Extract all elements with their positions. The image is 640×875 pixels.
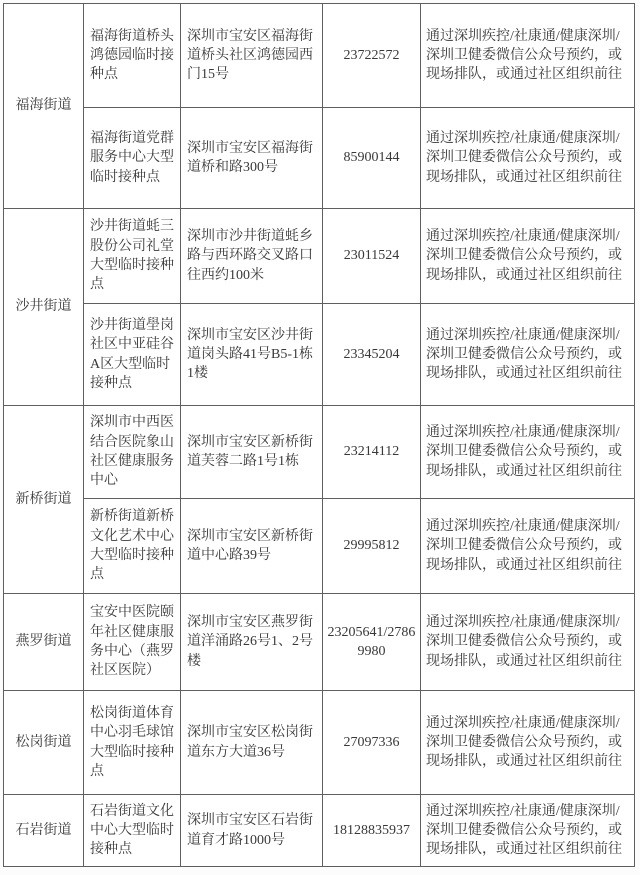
booking-method-cell: 通过深圳疾控/社康通/健康深圳/深圳卫健委微信公众号预约，或现场排队，或通过社区… [421,499,635,594]
address-cell: 深圳市宝安区石岩街道育才路1000号 [181,795,323,867]
site-name-cell: 松岗街道体育中心羽毛球馆大型临时接种点 [84,691,181,795]
booking-method-cell: 通过深圳疾控/社康通/健康深圳/深圳卫健委微信公众号预约，或现场排队，或通过社区… [421,406,635,499]
phone-cell: 23214112 [323,406,421,499]
phone-cell: 23011524 [323,209,421,304]
phone-cell: 29995812 [323,499,421,594]
phone-cell: 18128835937 [323,795,421,867]
street-name-cell: 沙井街道 [4,209,84,406]
site-name-cell: 福海街道党群服务中心大型临时接种点 [84,108,181,209]
address-cell: 深圳市宝安区沙井街道岗头路41号B5-1栋1楼 [181,304,323,406]
booking-method-cell: 通过深圳疾控/社康通/健康深圳/深圳卫健委微信公众号预约，或现场排队，或通过社区… [421,691,635,795]
street-name-cell: 松岗街道 [4,691,84,795]
phone-cell: 23722572 [323,4,421,108]
vaccination-sites-page: 福海街道 福海街道桥头鸿德园临时接种点 深圳市宝安区福海街道桥头社区鸿德园西门1… [0,0,640,875]
site-name-cell: 福海街道桥头鸿德园临时接种点 [84,4,181,108]
booking-method-cell: 通过深圳疾控/社康通/健康深圳/深圳卫健委微信公众号预约，或现场排队，或通过社区… [421,795,635,867]
vaccination-sites-table: 福海街道 福海街道桥头鸿德园临时接种点 深圳市宝安区福海街道桥头社区鸿德园西门1… [3,3,635,867]
booking-method-cell: 通过深圳疾控/社康通/健康深圳/深圳卫健委微信公众号预约，或现场排队，或通过社区… [421,594,635,691]
phone-cell: 23205641/27869980 [323,594,421,691]
booking-method-cell: 通过深圳疾控/社康通/健康深圳/深圳卫健委微信公众号预约，或现场排队，或通过社区… [421,209,635,304]
address-cell: 深圳市宝安区燕罗街道洋涌路26号1、2号楼 [181,594,323,691]
street-name-cell: 新桥街道 [4,406,84,594]
phone-cell: 23345204 [323,304,421,406]
phone-cell: 85900144 [323,108,421,209]
table-row: 石岩街道 石岩街道文化中心大型临时接种点 深圳市宝安区石岩街道育才路1000号 … [4,795,635,867]
address-cell: 深圳市宝安区福海街道桥头社区鸿德园西门15号 [181,4,323,108]
table-row: 新桥街道新桥文化艺术中心大型临时接种点 深圳市宝安区新桥街道中心路39号 299… [4,499,635,594]
table-row: 燕罗街道 宝安中医院颐年社区健康服务中心（燕罗社区医院） 深圳市宝安区燕罗街道洋… [4,594,635,691]
site-name-cell: 宝安中医院颐年社区健康服务中心（燕罗社区医院） [84,594,181,691]
address-cell: 深圳市沙井街道蚝乡路与西环路交叉路口往西约100米 [181,209,323,304]
booking-method-cell: 通过深圳疾控/社康通/健康深圳/深圳卫健委微信公众号预约，或现场排队，或通过社区… [421,108,635,209]
table-row: 松岗街道 松岗街道体育中心羽毛球馆大型临时接种点 深圳市宝安区松岗街道东方大道3… [4,691,635,795]
address-cell: 深圳市宝安区松岗街道东方大道36号 [181,691,323,795]
table-row: 福海街道党群服务中心大型临时接种点 深圳市宝安区福海街道桥和路300号 8590… [4,108,635,209]
table-row: 沙井街道壆岗社区中亚硅谷A区大型临时接种点 深圳市宝安区沙井街道岗头路41号B5… [4,304,635,406]
site-name-cell: 新桥街道新桥文化艺术中心大型临时接种点 [84,499,181,594]
table-row: 福海街道 福海街道桥头鸿德园临时接种点 深圳市宝安区福海街道桥头社区鸿德园西门1… [4,4,635,108]
site-name-cell: 沙井街道蚝三股份公司礼堂大型临时接种点 [84,209,181,304]
address-cell: 深圳市宝安区福海街道桥和路300号 [181,108,323,209]
booking-method-cell: 通过深圳疾控/社康通/健康深圳/深圳卫健委微信公众号预约，或现场排队，或通过社区… [421,304,635,406]
street-name-cell: 燕罗街道 [4,594,84,691]
address-cell: 深圳市宝安区新桥街道芙蓉二路1号1栋 [181,406,323,499]
address-cell: 深圳市宝安区新桥街道中心路39号 [181,499,323,594]
street-name-cell: 石岩街道 [4,795,84,867]
table-row: 新桥街道 深圳市中西医结合医院象山社区健康服务中心 深圳市宝安区新桥街道芙蓉二路… [4,406,635,499]
phone-cell: 27097336 [323,691,421,795]
site-name-cell: 石岩街道文化中心大型临时接种点 [84,795,181,867]
table-row: 沙井街道 沙井街道蚝三股份公司礼堂大型临时接种点 深圳市沙井街道蚝乡路与西环路交… [4,209,635,304]
site-name-cell: 沙井街道壆岗社区中亚硅谷A区大型临时接种点 [84,304,181,406]
booking-method-cell: 通过深圳疾控/社康通/健康深圳/深圳卫健委微信公众号预约，或现场排队，或通过社区… [421,4,635,108]
site-name-cell: 深圳市中西医结合医院象山社区健康服务中心 [84,406,181,499]
street-name-cell: 福海街道 [4,4,84,209]
